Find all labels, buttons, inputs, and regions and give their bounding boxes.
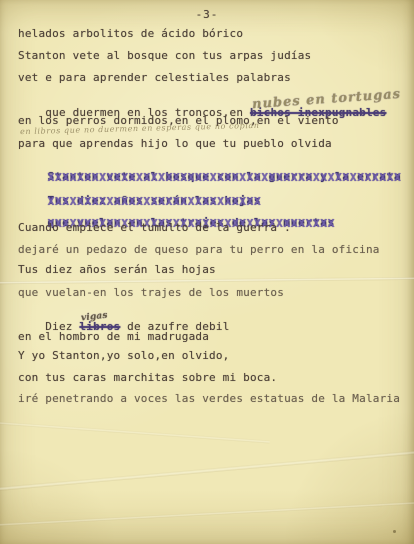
poem-line: dejaré un pedazo de queso para tu perro … bbox=[18, 243, 380, 256]
paper-fold-crease bbox=[0, 420, 270, 444]
poem-line: Y yo Stanton,yo solo,en olvido, bbox=[18, 349, 230, 362]
poem-line: Stanton vete al bosque con tus arpas jud… bbox=[18, 49, 311, 62]
paper-fold-crease bbox=[0, 500, 414, 528]
poem-line: en el hombro de mi madrugada bbox=[18, 330, 209, 343]
page-number: -3- bbox=[0, 8, 414, 21]
poem-line: para que aprendas hijo lo que tu pueblo … bbox=[18, 137, 332, 150]
paper-speck bbox=[393, 530, 396, 533]
paper-fold-crease bbox=[0, 448, 414, 493]
poem-line: que vuelan-en los trajes de los muertos bbox=[18, 286, 284, 299]
poem-line: iré penetrando a voces las verdes estatu… bbox=[18, 392, 400, 405]
poem-line: Cuando empiece el tumulto de la guerra . bbox=[18, 221, 291, 234]
poem-line: helados arbolitos de ácido bórico bbox=[18, 27, 243, 40]
poem-line: vet e para aprender celestiales palabras bbox=[18, 71, 291, 84]
poem-line: con tus caras marchitas sobre mi boca. bbox=[18, 371, 277, 384]
poem-line: en los perros dormidos,en el plomo,en el… bbox=[18, 114, 339, 127]
paper-fold-crease bbox=[0, 277, 414, 285]
manuscript-page: -3- helados arbolitos de ácido bórico St… bbox=[0, 0, 414, 544]
poem-line: Tus diez años serán las hojas bbox=[18, 263, 216, 276]
